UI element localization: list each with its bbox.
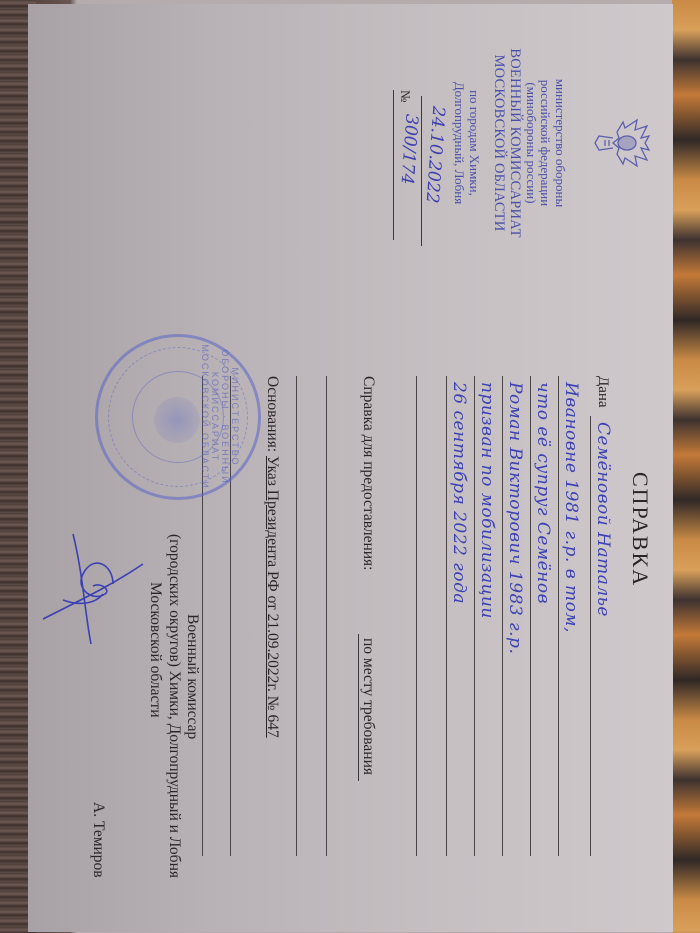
issued-label: Дана — [594, 376, 611, 408]
blank-line — [416, 376, 441, 856]
blank-line — [326, 376, 351, 856]
stamp-emblem-icon — [154, 397, 200, 443]
document-paper: министерство обороны российской федераци… — [28, 4, 673, 932]
document-sheet: министерство обороны российской федераци… — [28, 4, 673, 932]
header-line-7: Долгопрудный, Лобня — [452, 28, 467, 258]
official-round-stamp: МИНИСТЕРСТВО ОБОРОНЫ · ВОЕННЫЙ КОМИССАРИ… — [95, 334, 261, 500]
header-line-1: министерство обороны — [552, 28, 567, 258]
header-line-4: ВОЕННЫЙ КОМИССАРИАТ — [507, 28, 523, 258]
signatory-position: Военный комиссар (городских округов) Хим… — [146, 534, 201, 878]
signatory-name: А. Темиров — [89, 802, 107, 878]
number-rule — [393, 90, 394, 240]
number-label: № — [397, 90, 412, 102]
handwritten-line: призван по мобилизации — [474, 376, 499, 856]
basis-label: Основания: — [264, 376, 281, 452]
handwritten-line: Семёновой Наталье — [590, 416, 615, 856]
date-number-block: 24.10.2022 № 300/174 — [398, 28, 442, 258]
header-line-3: (минобороны россии) — [523, 28, 538, 258]
basis-value: Указ Президента РФ от 21.09.2022г. № 647 — [264, 456, 281, 738]
blank-line — [296, 376, 321, 856]
double-headed-eagle-icon — [591, 116, 653, 170]
purpose-label: Справка для предоставления: — [359, 376, 377, 570]
issue-date: 24.10.2022 — [421, 105, 447, 203]
handwritten-line: что её супруг Семёнов — [530, 376, 555, 856]
handwritten-line: Роман Викторович 1983 г.р. — [502, 376, 527, 856]
issuer-header: министерство обороны российской федераци… — [398, 28, 653, 258]
document-title: СПРАВКА — [627, 472, 653, 587]
header-line-5: МОСКОВСКОЙ ОБЛАСТИ — [491, 28, 507, 258]
document-number: 300/174 — [396, 113, 420, 185]
handwritten-line: 26 сентября 2022 года — [446, 376, 471, 856]
stamp-ring-text: МИНИСТЕРСТВО ОБОРОНЫ · ВОЕННЫЙ КОМИССАРИ… — [200, 337, 240, 497]
handwritten-line: Ивановне 1981 г.р. в том, — [558, 376, 583, 856]
basis-block: Основания: Указ Президента РФ от 21.09.2… — [263, 376, 281, 738]
background-right — [672, 0, 700, 933]
header-line-6: по городам Химки, — [466, 28, 481, 258]
signature-icon — [33, 524, 153, 654]
purpose-value: по месту требования — [358, 634, 377, 781]
header-line-2: российской федерации — [538, 28, 553, 258]
